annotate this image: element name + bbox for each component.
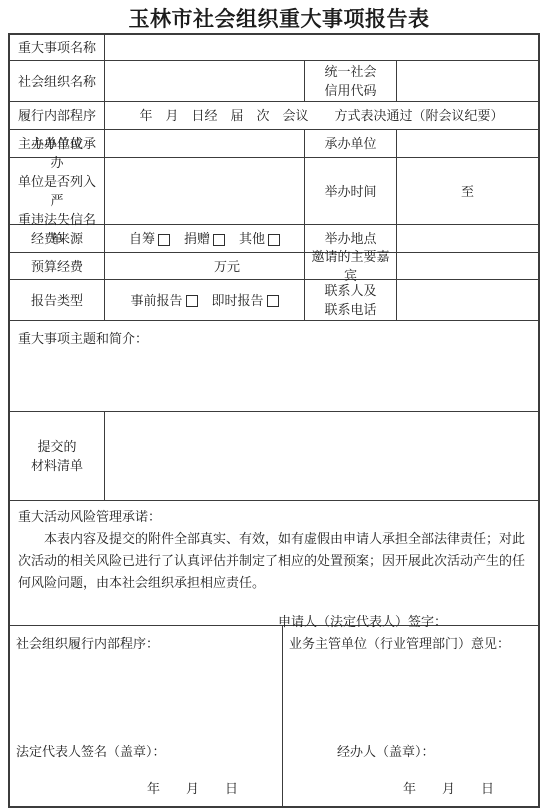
table-row: 重大活动风险管理承诺： 本表内容及提交的附件全部真实、有效，如有虚假由申请人承担… [10, 501, 538, 626]
donation-checkbox-icon [213, 234, 225, 246]
undertaking-unit-value [397, 130, 538, 157]
signature-space [289, 653, 532, 742]
budget-label: 预算经费 [10, 253, 105, 279]
supervisory-unit-opinion-title: 业务主管单位（行业管理部门）意见： [289, 634, 532, 653]
table-row: 经费来源 自筹 捐赠 其他 举办地点 [10, 225, 538, 253]
handler-sign-label: 经办人（盖章）： [337, 742, 532, 761]
advance-report-checkbox-icon [186, 295, 198, 307]
table-row: 重大事项主题和简介： [10, 321, 538, 412]
org-internal-procedure-section: 社会组织履行内部程序： 法定代表人签名（盖章）： 年 月 日 [10, 626, 283, 806]
materials-label: 提交的 材料清单 [10, 412, 105, 500]
risk-commitment-section: 重大活动风险管理承诺： 本表内容及提交的附件全部真实、有效，如有虚假由申请人承担… [10, 501, 538, 625]
table-row: 主办单位或承办 单位是否列入严 重违法失信名单 举办时间 至 [10, 158, 538, 225]
credit-code-label: 统一社会 信用代码 [305, 61, 397, 101]
table-row: 提交的 材料清单 [10, 412, 538, 501]
major-event-name-label: 重大事项名称 [10, 35, 105, 60]
immediate-report-label: 即时报告 [212, 291, 264, 310]
funding-option-donation: 捐赠 [184, 229, 225, 248]
advance-report-label: 事前报告 [130, 291, 182, 310]
materials-value [105, 412, 538, 500]
report-type-option-advance: 事前报告 [130, 291, 197, 310]
funding-option-self: 自筹 [129, 229, 170, 248]
funding-source-options: 自筹 捐赠 其他 [105, 225, 305, 252]
table-row: 社会组织履行内部程序： 法定代表人签名（盖章）： 年 月 日 业务主管单位（行业… [10, 626, 538, 806]
risk-commitment-body: 本表内容及提交的附件全部真实、有效，如有虚假由申请人承担全部法律责任；对此次活动… [18, 528, 530, 594]
funding-option-other: 其他 [239, 229, 280, 248]
budget-unit: 万元 [105, 253, 305, 279]
table-row: 重大事项名称 [10, 35, 538, 61]
report-type-label: 报告类型 [10, 280, 105, 320]
credit-code-value [397, 61, 538, 101]
undertaking-unit-label: 承办单位 [305, 130, 397, 157]
blacklist-value [105, 158, 305, 224]
event-summary-section: 重大事项主题和简介： [10, 321, 538, 411]
contact-value [397, 280, 538, 320]
right-date-line: 年 月 日 [289, 779, 532, 798]
other-funding-checkbox-icon [268, 234, 280, 246]
report-type-options: 事前报告 即时报告 [105, 280, 305, 320]
table-row: 预算经费 万元 邀请的主要嘉宾 [10, 253, 538, 280]
funding-option-donation-label: 捐赠 [184, 229, 210, 248]
org-name-value [105, 61, 305, 101]
report-type-option-immediate: 即时报告 [212, 291, 279, 310]
funding-option-self-label: 自筹 [129, 229, 155, 248]
table-row: 社会组织名称 统一社会 信用代码 [10, 61, 538, 102]
main-guests-label: 邀请的主要嘉宾 [305, 253, 397, 279]
report-form-table: 重大事项名称 社会组织名称 统一社会 信用代码 履行内部程序 年 月 日经 届 … [8, 33, 540, 808]
org-internal-procedure-title: 社会组织履行内部程序： [16, 634, 276, 653]
form-page: 玉林市社会组织重大事项报告表 重大事项名称 社会组织名称 统一社会 信用代码 履… [0, 0, 558, 810]
table-row: 报告类型 事前报告 即时报告 联系人及 联系电话 [10, 280, 538, 321]
blacklist-label: 主办单位或承办 单位是否列入严 重违法失信名单 [10, 158, 105, 224]
funding-option-other-label: 其他 [239, 229, 265, 248]
contact-label: 联系人及 联系电话 [305, 280, 397, 320]
internal-procedure-value: 年 月 日经 届 次 会议 方式表决通过（附会议纪要） [105, 102, 538, 129]
funding-source-label: 经费来源 [10, 225, 105, 252]
event-time-value: 至 [397, 158, 538, 224]
risk-commitment-title: 重大活动风险管理承诺： [18, 507, 530, 526]
left-date-line: 年 月 日 [16, 779, 276, 798]
major-event-name-value [105, 35, 538, 60]
self-funded-checkbox-icon [158, 234, 170, 246]
event-location-value [397, 225, 538, 252]
host-unit-value [105, 130, 305, 157]
org-name-label: 社会组织名称 [10, 61, 105, 101]
internal-procedure-label: 履行内部程序 [10, 102, 105, 129]
immediate-report-checkbox-icon [267, 295, 279, 307]
form-title: 玉林市社会组织重大事项报告表 [0, 3, 558, 33]
table-row: 履行内部程序 年 月 日经 届 次 会议 方式表决通过（附会议纪要） [10, 102, 538, 130]
legal-representative-sign-label: 法定代表人签名（盖章）： [16, 742, 276, 761]
main-guests-value [397, 253, 538, 279]
signature-space [16, 653, 276, 742]
supervisory-unit-opinion-section: 业务主管单位（行业管理部门）意见： 经办人（盖章）： 年 月 日 [283, 626, 538, 806]
event-time-label: 举办时间 [305, 158, 397, 224]
